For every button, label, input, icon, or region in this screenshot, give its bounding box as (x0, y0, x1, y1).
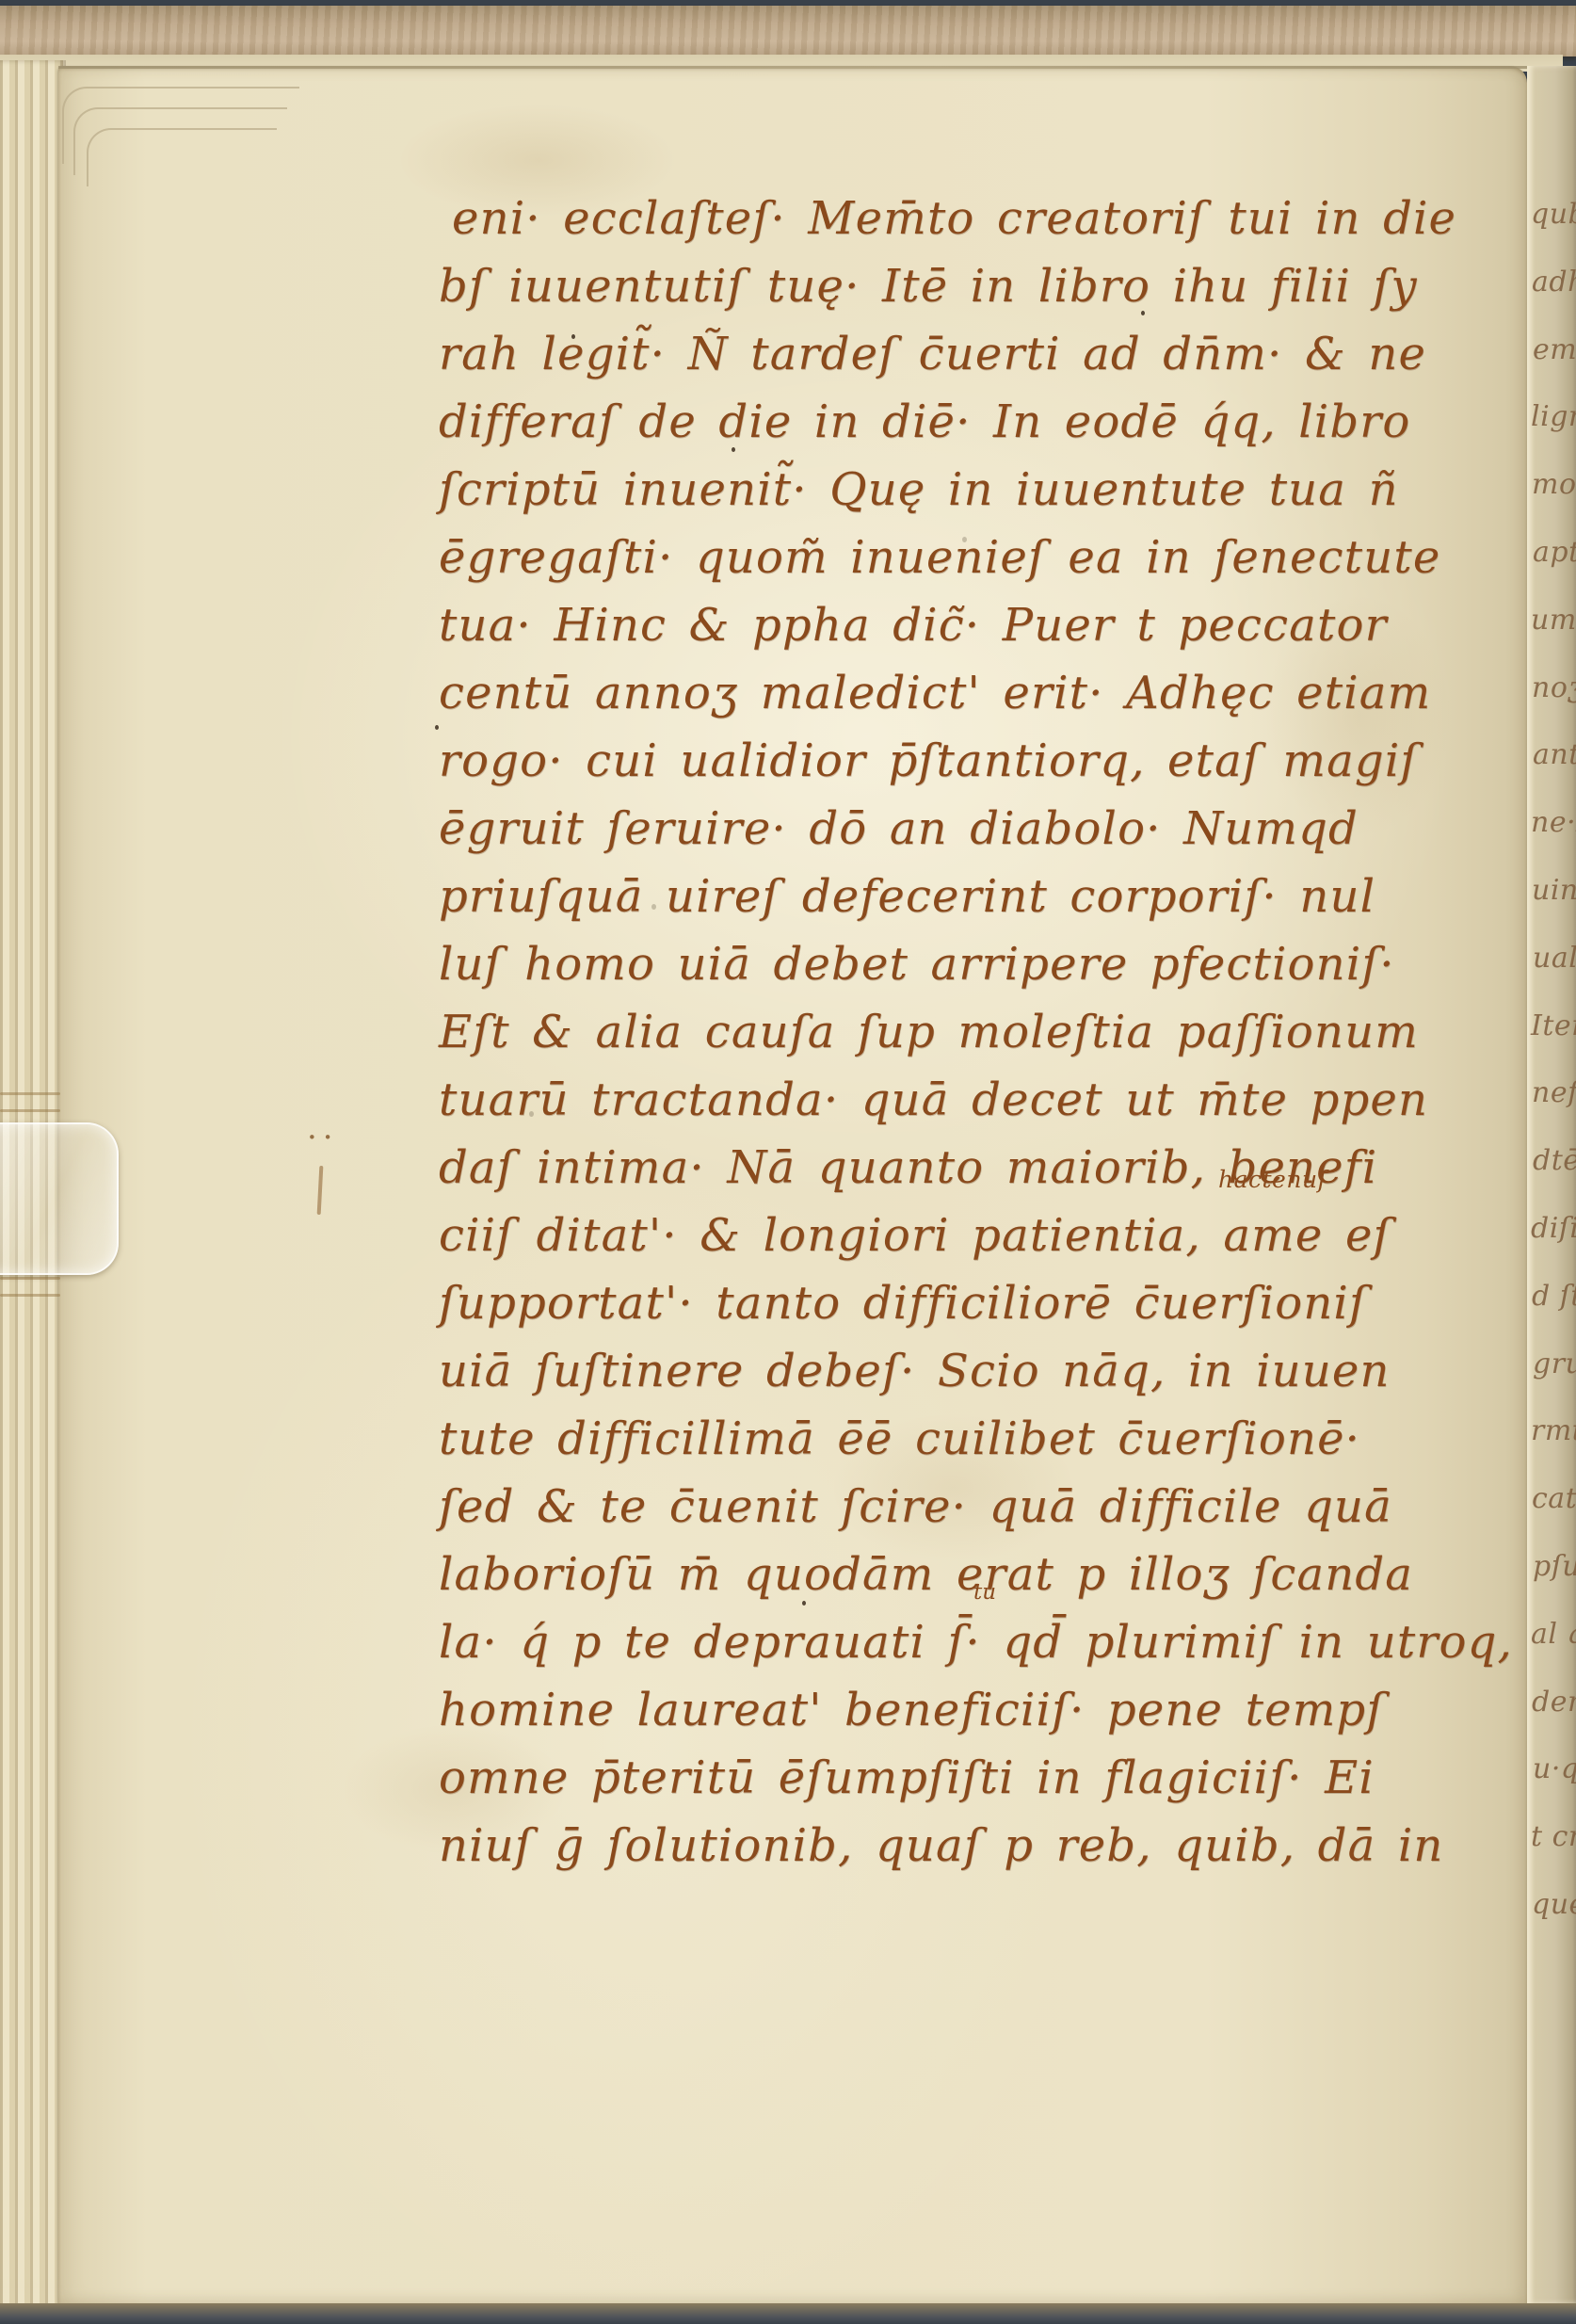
fore-edge-fragment: diſip (1531, 1212, 1576, 1245)
margin-stroke (317, 1166, 324, 1215)
manuscript-line: bſ iuuentutiſ tuę· Itē in libro ihu fili… (439, 252, 1512, 320)
fore-edge-fragment: Item (1531, 1009, 1576, 1042)
manuscript-line: ſcriptū inuenit̃· Quę in iuuentute tua ñ (439, 456, 1512, 524)
manuscript-line: tua· Hinc & ppha dic̃· Puer t peccator (439, 591, 1512, 659)
page-corner-step (87, 128, 277, 186)
fore-edge-fragment: noʒ d (1532, 671, 1576, 704)
manuscript-line: ſed & te c̄uenit ſcire· quā difficile qu… (439, 1473, 1512, 1541)
manuscript-line: ēgregaſti· quom̃ inuenieſ ea in ſenectut… (439, 524, 1512, 591)
fore-edge-fragment: d ſte (1532, 1280, 1576, 1313)
fore-edge-fragment: t creuu (1531, 1820, 1576, 1853)
margin-dots: ·· (307, 1119, 339, 1156)
manuscript-line: Eſt & alia cauſa ſup moleſtia paſſionum (439, 998, 1512, 1066)
fore-edge-fragment: nefo (1532, 1076, 1576, 1109)
interlinear-note: hactenuſ (1218, 1166, 1327, 1193)
manuscript-line: luſ homo uiā debet arripere pfectioniſ· (439, 930, 1512, 998)
fore-edge-fragment: ualid (1533, 942, 1576, 975)
page-edge-cord (0, 1277, 60, 1280)
fore-edge-fragment: rmta (1531, 1414, 1576, 1447)
manuscript-line: uiā ſuſtinere debeſ· Scio nāq, in iuuen (439, 1337, 1512, 1405)
manuscript-line: centū annoʒ maledict' erit· Adhęc etiam (439, 659, 1512, 727)
manuscript-line: rogo· cui ualidior p̄ſtantiorq, etaſ mag… (439, 727, 1512, 795)
manuscript-line: tute difficillimā ēē cuilibet c̄uerſionē… (439, 1405, 1512, 1473)
fore-edge-fragment: dtēm (1533, 1144, 1576, 1177)
fore-edge-fragment: apt (1533, 536, 1576, 569)
fore-edge-fragment: gruſ (1533, 1348, 1576, 1380)
manuscript-line: priuſquā uireſ defecerint corporiſ· nul (439, 863, 1512, 930)
book-bottom-edge (0, 2303, 1576, 2324)
page-edge-cord (0, 1109, 60, 1112)
page-edge-cord (0, 1092, 60, 1095)
superscript-note: tu (973, 1580, 996, 1605)
page-top-edge (58, 66, 1527, 69)
book-cover-top-edge (0, 6, 1576, 56)
manuscript-line: ciiſ ditat'· & longiori patientia, ame e… (439, 1202, 1512, 1269)
fore-edge-fragment: que·ne tu (1532, 1888, 1576, 1921)
manuscript-line: omne p̄teritū ēſumpſiſti in flagiciiſ· E… (439, 1744, 1512, 1812)
manuscript-line: ēgruit ſeruire· dō an diabolo· Numqd (439, 795, 1512, 863)
manuscript-line: ſupportat'· tanto difficiliorē c̄uerſion… (439, 1269, 1512, 1337)
manuscript-line: niuſ ḡ ſolutionib, quaſ p reb, quib, dā … (439, 1812, 1512, 1880)
text-block: eni· ecclaſteſ· Mem̄to creatoriſ tui in … (439, 185, 1512, 1880)
manuscript-page: eni· ecclaſteſ· Mem̄to creatoriſ tui in … (58, 66, 1527, 2303)
fore-edge-fragment: pſu d (1533, 1550, 1576, 1583)
manuscript-line: daſ intima· Nā quanto maiorib, benefi (439, 1134, 1512, 1202)
fore-edge-fragment: mon (1532, 468, 1576, 501)
fore-edge-fragment: emi (1533, 333, 1576, 366)
manuscript-line: differaſ de die in diē· In eodē q́q, lib… (439, 388, 1512, 456)
fore-edge-fragment: den·R (1532, 1686, 1576, 1719)
fore-edge-fragment: cation (1532, 1482, 1576, 1515)
manuscript-line: la· q́ p te deprauati ſ̄· qd̄ plurimiſ i… (439, 1608, 1512, 1676)
manuscript-line: tuarū tractanda· quā decet ut m̄te ppen (439, 1066, 1512, 1134)
fore-edge-fragment: al que (1531, 1618, 1576, 1651)
fore-edge-fragment: ne·N (1531, 806, 1576, 839)
transparent-clip-tab (0, 1122, 119, 1275)
manuscript-line: rah legit̃· Ñ tardeſ c̄uerti ad dn̄m· & … (439, 320, 1512, 388)
fore-edge-fragment: adhu (1532, 266, 1576, 299)
fore-edge-fragment: uint g (1532, 874, 1576, 907)
fore-edge-fragment: u·q ſiē (1533, 1752, 1576, 1785)
fore-edge-fragment: ant·& (1533, 738, 1576, 771)
fore-edge-fragment: lign (1531, 400, 1576, 433)
fore-edge-next-leaf: qubadhuemilignmonaptumnoʒ dant·&ne·Nuint… (1527, 66, 1576, 2303)
manuscript-line: homine laureat' beneficiiſ· pene tempſ (439, 1676, 1512, 1744)
page-edge-cord (0, 1294, 60, 1297)
fore-edge-fragment: qub (1531, 198, 1576, 231)
manuscript-line: eni· ecclaſteſ· Mem̄to creatoriſ tui in … (439, 185, 1512, 252)
fore-edge-fragment: um (1531, 604, 1576, 637)
manuscript-photo: eni· ecclaſteſ· Mem̄to creatoriſ tui in … (0, 0, 1576, 2324)
